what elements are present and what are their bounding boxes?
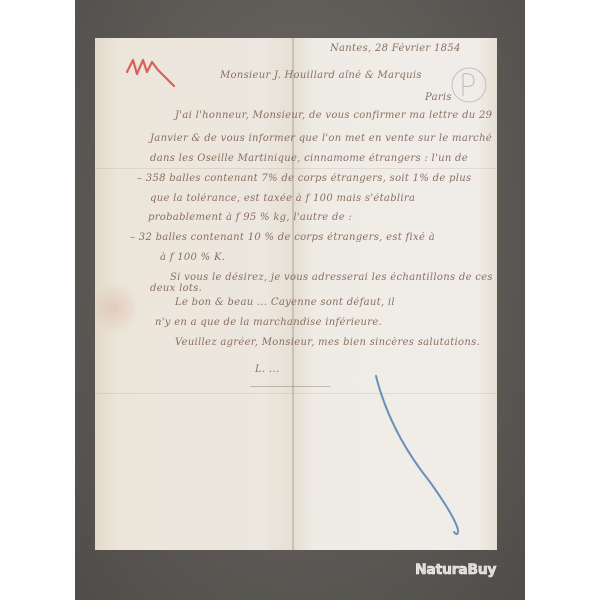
body-line: Veuillez agréer, Monsieur, mes bien sinc… (175, 337, 480, 348)
signature-underline (250, 386, 330, 387)
city-line: Paris (425, 92, 452, 103)
body-line: – 358 balles contenant 7% de corps étran… (137, 173, 471, 184)
body-line: n'y en a que de la marchandise inférieur… (155, 317, 382, 328)
body-line: probablement à f 95 % kg, l'autre de : (148, 212, 352, 223)
body-line: que la tolérance, est taxée à f 100 mais… (150, 193, 415, 204)
body-line: à f 100 % K. (160, 252, 225, 263)
body-line: – 32 balles contenant 10 % de corps étra… (130, 232, 435, 243)
body-line: Le bon & beau ... Cayenne sont défaut, i… (175, 297, 395, 308)
stamp-icon (448, 64, 490, 106)
watermark-logo: NaturaBuy (415, 562, 496, 578)
blue-pencil-stroke-icon (370, 372, 470, 542)
body-line: Janvier & de vous informer que l'on met … (150, 133, 492, 144)
body-line: J'ai l'honneur, Monsieur, de vous confir… (175, 110, 492, 121)
body-line: Si vous le désirez, je vous adresserai l… (170, 272, 493, 283)
foxing-stain (95, 278, 135, 338)
horizontal-fold (95, 168, 497, 169)
red-pencil-mark-icon (124, 52, 179, 92)
body-line: deux lots. (150, 283, 202, 294)
signature: L. ... (255, 364, 279, 375)
addressee-line: Monsieur J. Houillard aîné & Marquis (220, 70, 422, 81)
body-line: dans les Oseille Martinique, cinnamome é… (150, 153, 468, 164)
date-line: Nantes, 28 Février 1854 (330, 43, 461, 54)
